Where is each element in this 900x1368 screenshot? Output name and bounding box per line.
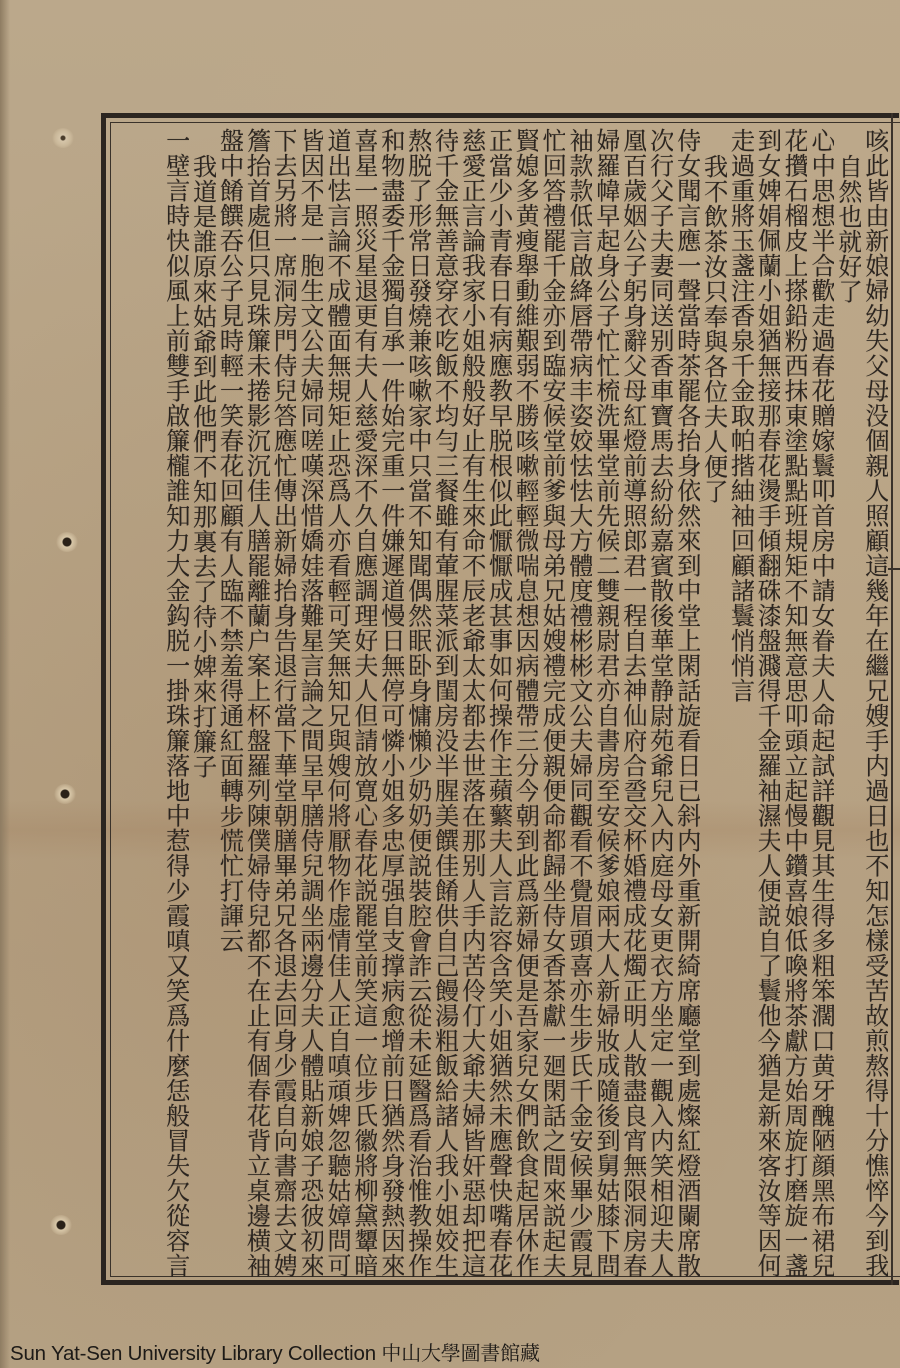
fold-mark [888, 568, 900, 570]
binding-hole-icon [50, 1215, 72, 1235]
page-binding-edge [0, 0, 10, 1368]
binding-hole-icon [54, 784, 76, 804]
binding-hole-icon [52, 128, 74, 148]
text-column: 忙回答禮罷千金亦到臨安候堂前爹與母弟兄姑嫂禮完成便親便命都歸坐侍女香茶獻一廻閑話… [538, 128, 565, 1278]
text-column: 我道是誰原來姑爺到此他們不知那裏去了待小婢來打簾子 [189, 128, 216, 1304]
text-column: 皆因不是一胞生文公夫婦同嗟嘆深惜嬌娃落難星言論之間呈早膳侍兒調坐兩邊分夫人體貼新… [296, 128, 323, 1278]
text-column: 走過重將玉盞注香泉千金取帕揩紬袖回顧諸鬟悄悄言 [727, 128, 754, 1278]
text-column: 下去另將一席洞房門侍兒答應忙傳出新婦抬身告退行當下華堂朝膳畢弟兄各退去回身少霞自… [270, 128, 297, 1278]
text-column: 婦羅幃早起身公子忙忙梳洗畢堂前先候二雙親尉君亦自書房至安候爹娘兩大人新婦妝成隨後… [592, 128, 619, 1278]
text-column: 賢媳多黄瘦舉動維艱弱不勝咳嗽輕輕微喘息想因病體帶三分今朝到此爲新婦便是吾家兒女們… [512, 128, 539, 1278]
text-column: 簷抬首處但只見珠簾未捲影沉沉佳人膳罷離蘭户案上杯盤羅列陳僕婦侍兒都不在止有個春花… [243, 128, 270, 1278]
text-column: 心中思想半合歡走過春花贈嫁鬟叩首房中請女眷夫人命起試詳觀見其生得多粗笨濶口黄牙醜… [807, 128, 834, 1278]
text-column: 和物盡委千金獨自承一件始完重一件嫌遲道慢日無停可憐小姐多忠厚强自支撑病愈增前日猶… [377, 128, 404, 1278]
text-column: 一壁言時快似風上前雙手啟簾櫳誰知力大金鈎脱一掛珠簾落地中惹得少霞嗔又笑爲什麼恁般… [162, 128, 189, 1278]
text-column: 到女婢娟佩蘭小姐猶無接那春花燙手傾翻硃漆盤濺得千金羅袖濕夫人便説自了鬟他今猶是新… [754, 128, 781, 1278]
text-column: 正當少小青春日有病應教早脱根似此懨懨成甚事如何操作主蘋蘩夫人言訖容含笑小姐猶然未… [485, 128, 512, 1278]
text-column: 花攢石榴皮上搽鉛粉西抹東塗點點班規矩不知無意思叩頭立起慢中鑽喜娘低喚將茶獻方始周… [780, 128, 807, 1278]
collection-name-zh: 中山大學圖書館藏 [381, 1341, 539, 1365]
text-column: 侍女聞言應一聲當時茶罷各抬身依然來到中堂上閑話旋看日已斜内外重新開綺席廳堂到處燦… [673, 128, 700, 1278]
center-fold-rule [891, 113, 893, 1285]
collection-watermark: Sun Yat-Sen University Library Collectio… [10, 1337, 540, 1366]
text-column: 凰百歲姻公子躬身辭父母紅燈前導照郎君一程自去神仙府合巹交杯婚禮成花燭正明人散盡良… [619, 128, 646, 1278]
binding-hole-icon [56, 532, 78, 552]
text-column: 自然也就好了 [834, 128, 861, 1304]
text-column: 次行父子夫妻同送别香車寶馬去紛紛嘉賓散後華堂静尉苑爺兒入内庭母女更衣方坐定一觀入… [646, 128, 673, 1278]
text-column: 慈愛正言論我家小姐般般好止有生來命不辰老爺太太都去世落在那别人手内苦伶仃大爺夫婦… [458, 128, 485, 1278]
text-column: 袖款款低言啟絳唇帶病丰姿姣怯怯大方體度禮彬彬文公夫婦同觀看不覺眉頭喜亦生步氏千金… [565, 128, 592, 1278]
text-column: 道出怯言論不成體面無規矩止恐爲人亦看輕可笑無知兄與嫂何將厭物作虚情佳人正自嗔頑婢… [323, 128, 350, 1278]
text-column: 咳此皆由新娘婦幼失父母没個親人照顧這幾年在繼兄嫂手内過日也不知怎樣受苦故煎熬得十… [861, 128, 888, 1278]
text-column: 待千金無善意穿衣吃飯不均勻三餐雖有葷腥菜派到閨房没半腥美饌佳餚供自己饅湯粗飯給諸… [431, 128, 458, 1278]
text-column: 熬脱了形常日發燒兼咳嗽家中只當不知聞偶然眠卧身慵懶少奶奶便説裝腔會詐云從未延醫爲… [404, 128, 431, 1278]
text-column: 盤中餚饌吞公子見時輕一笑春花回顧有人臨不禁羞得通紅面轉步慌忙打諢云 [216, 128, 243, 1278]
collection-name-en: Sun Yat-Sen University Library Collectio… [10, 1342, 376, 1365]
text-block: 咳此皆由新娘婦幼失父母没個親人照顧這幾年在繼兄嫂手内過日也不知怎樣受苦故煎熬得十… [116, 128, 888, 1278]
text-column: 喜星一照災星退更有夫人慈愛深不久自應調理好夫人但請放寛心春花説罷堂前笑這一位步氏… [350, 128, 377, 1278]
text-column: 我不飲茶汝只奉與各位夫人便了 [700, 128, 727, 1304]
